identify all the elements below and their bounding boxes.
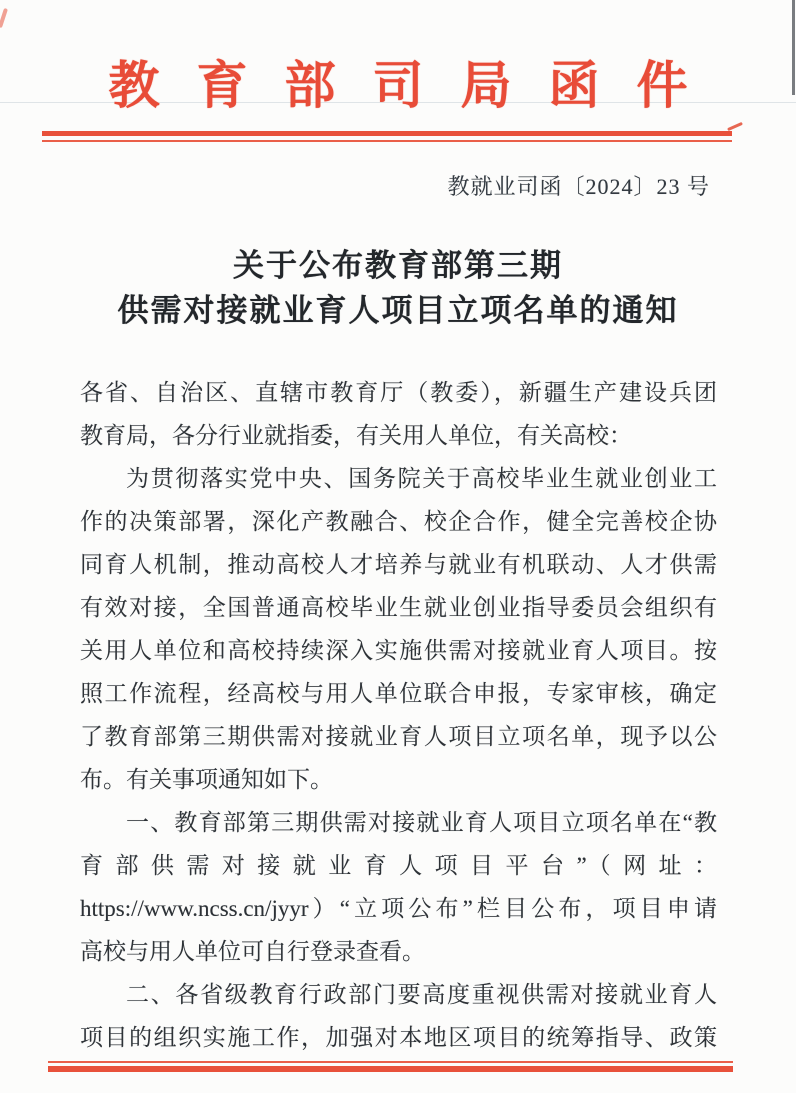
scan-pen-mark-artifact: [727, 122, 743, 131]
scan-red-corner-artifact: [0, 8, 8, 28]
body-line: 一、教育部第三期供需对接就业育人项目立项名单在“教: [80, 801, 717, 844]
body-line: 二、各省级教育行政部门要高度重视供需对接就业育人: [80, 973, 717, 1016]
scanned-document-page: 教育部司局函件 教就业司函〔2024〕23 号 关于公布教育部第三期 供需对接就…: [0, 0, 796, 1093]
letterhead-rule-thin: [42, 140, 732, 142]
document-title-line1: 关于公布教育部第三期: [0, 243, 796, 288]
footer-rule-thin: [48, 1061, 733, 1063]
body-line: 关用人单位和高校持续深入实施供需对接就业育人项目。按: [80, 629, 717, 672]
body-line: 了教育部第三期供需对接就业育人项目立项名单，现予以公: [80, 715, 717, 758]
body-line: https://www.ncss.cn/jyyr）“立项公布”栏目公布，项目申请: [80, 887, 717, 930]
body-line: 同育人机制，推动高校人才培养与就业有机联动、人才供需: [80, 543, 717, 586]
document-title-line2: 供需对接就业育人项目立项名单的通知: [0, 288, 796, 333]
body-line: 高校与用人单位可自行登录查看。: [80, 930, 717, 973]
body-line: 布。有关事项通知如下。: [80, 758, 717, 801]
document-number: 教就业司函〔2024〕23 号: [447, 170, 710, 201]
document-title: 关于公布教育部第三期 供需对接就业育人项目立项名单的通知: [0, 243, 796, 333]
body-line: 作的决策部署，深化产教融合、校企合作，健全完善校企协: [80, 500, 717, 543]
document-body: 各省、自治区、直辖市教育厅（教委），新疆生产建设兵团 教育局，各分行业就指委，有…: [80, 371, 717, 1059]
body-line: 各省、自治区、直辖市教育厅（教委），新疆生产建设兵团: [80, 371, 717, 414]
letterhead-rule-thick: [42, 131, 732, 136]
body-line: 有效对接，全国普通高校毕业生就业创业指导委员会组织有: [80, 586, 717, 629]
footer-rule-thick: [48, 1066, 733, 1072]
body-line: 项目的组织实施工作，加强对本地区项目的统筹指导、政策: [80, 1016, 717, 1059]
body-line: 育部供需对接就业育人项目平台”（网址：: [80, 844, 717, 887]
body-line: 为贯彻落实党中央、国务院关于高校毕业生就业创业工: [80, 457, 717, 500]
body-line: 教育局，各分行业就指委，有关用人单位，有关高校：: [80, 414, 717, 457]
body-line: 照工作流程，经高校与用人单位联合申报，专家审核，确定: [80, 672, 717, 715]
letterhead-banner: 教育部司局函件: [0, 44, 796, 118]
